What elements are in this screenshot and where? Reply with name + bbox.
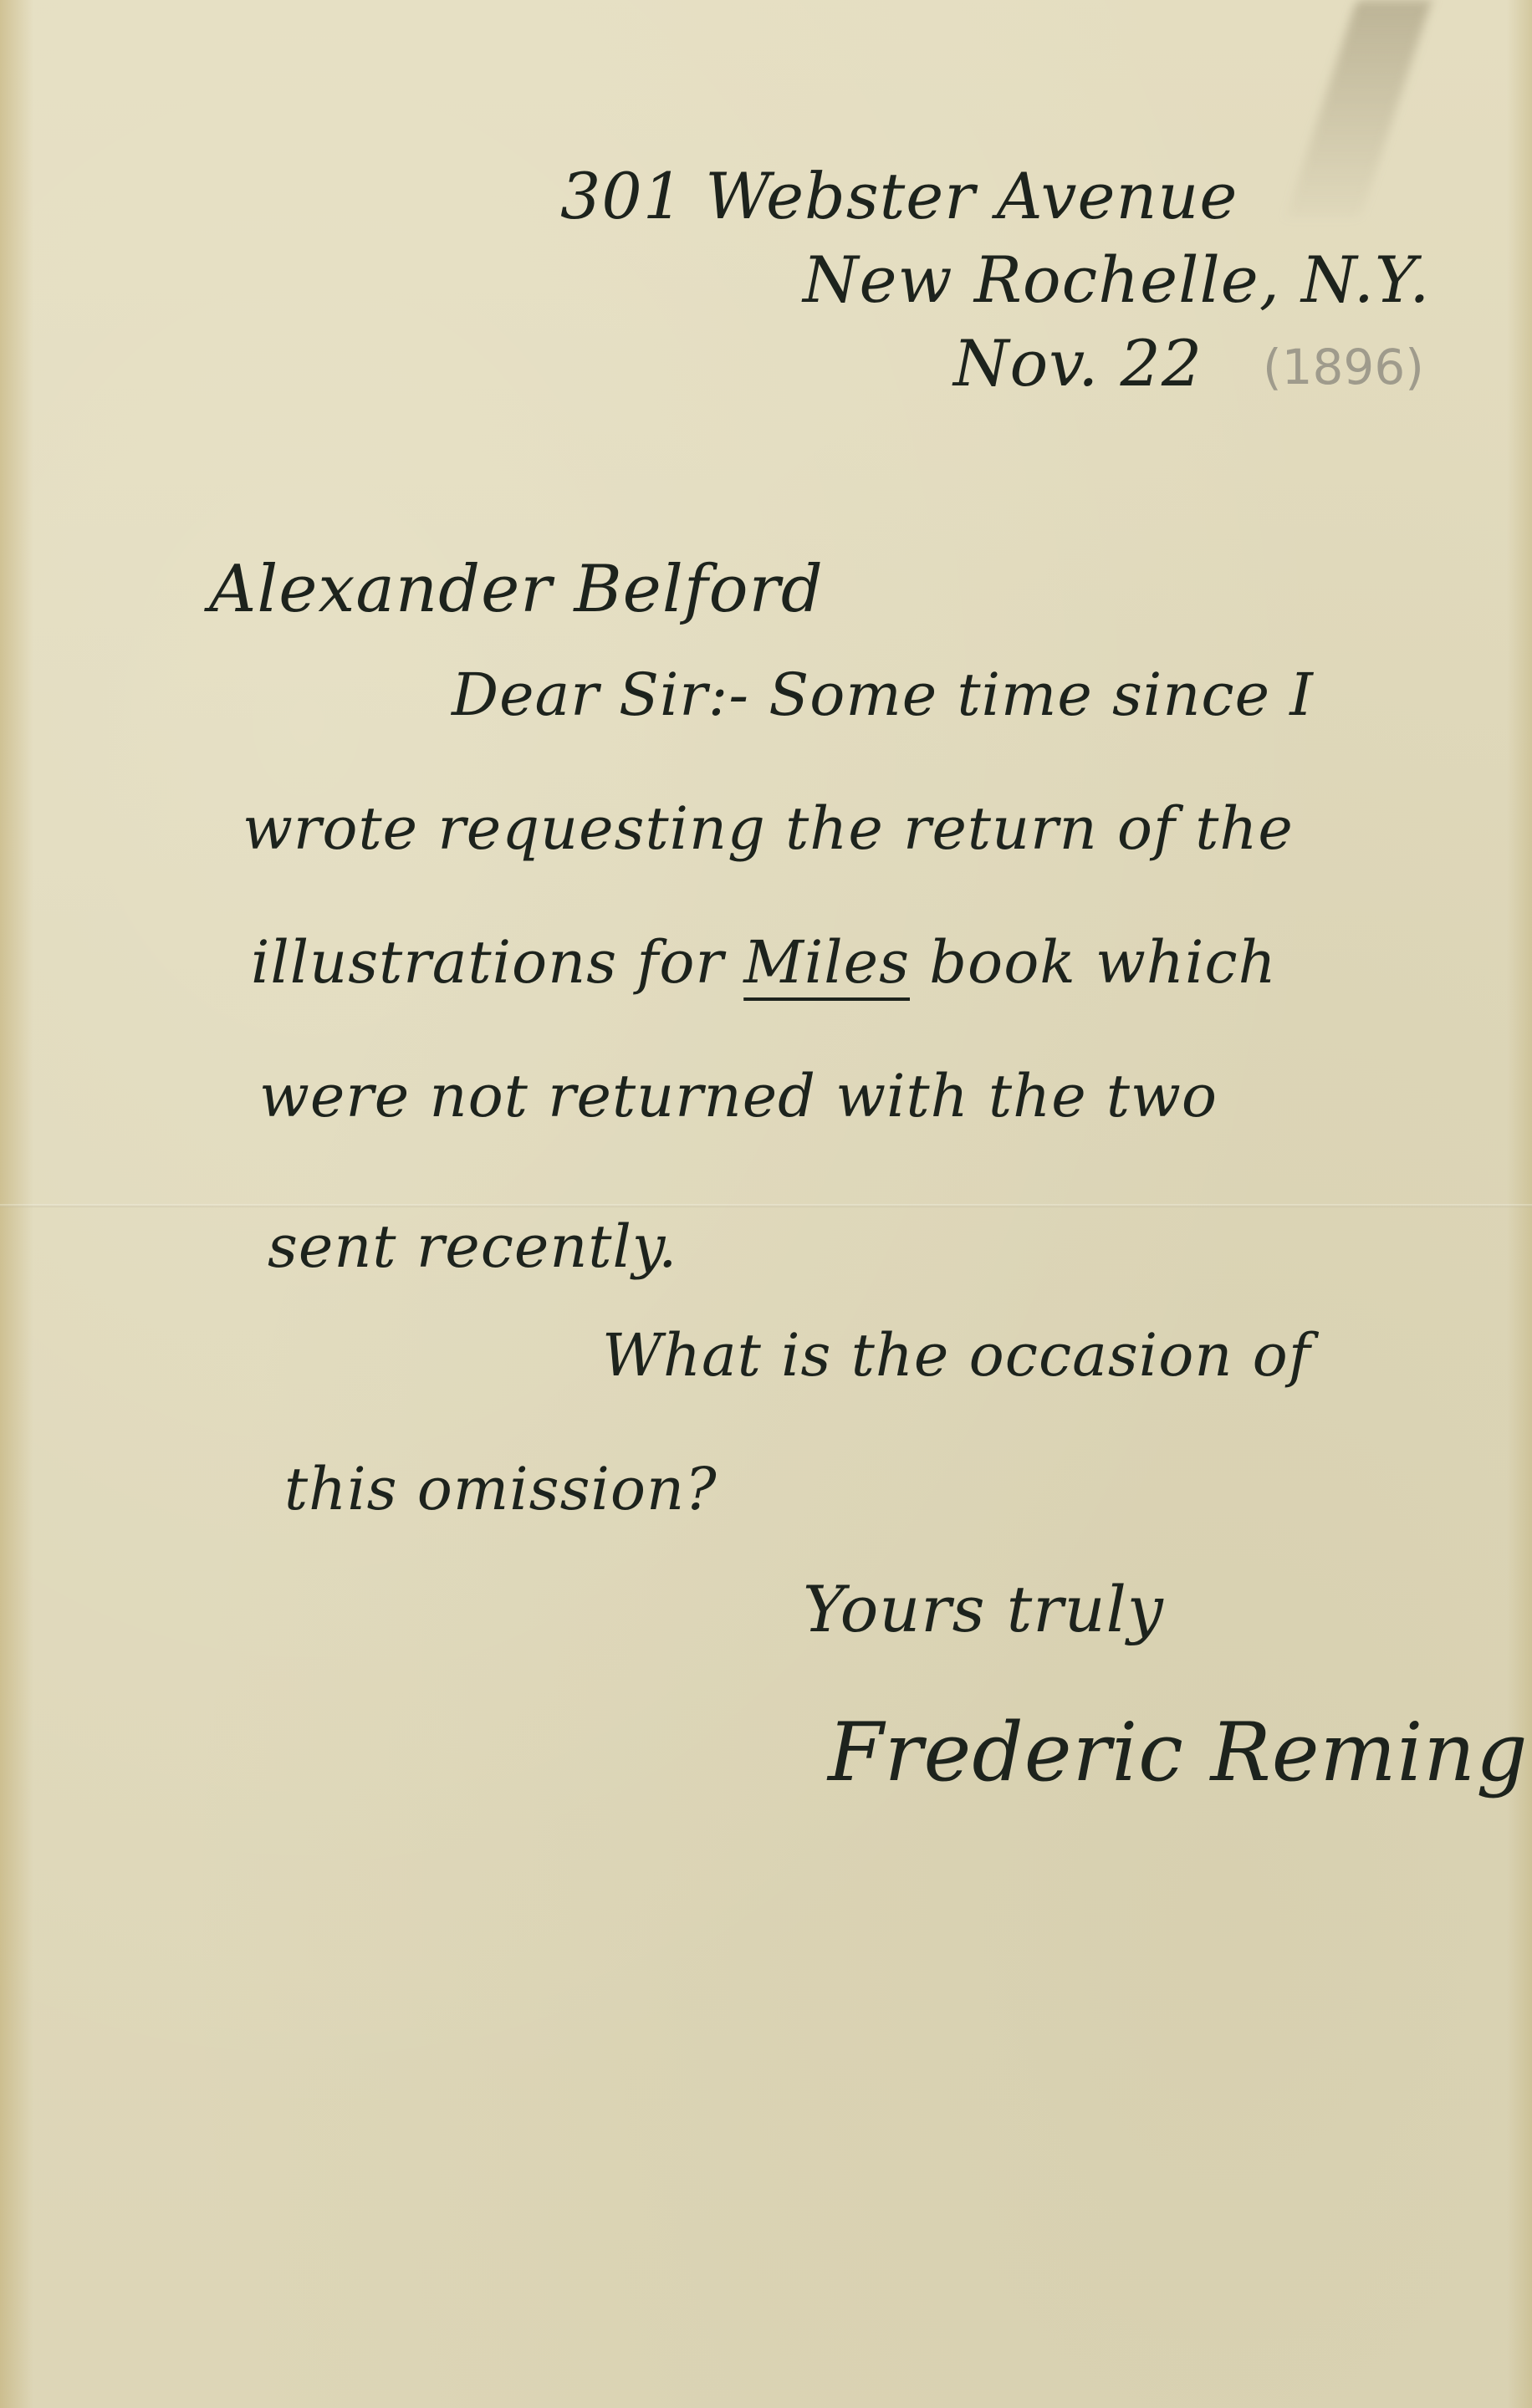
pencil-year-annotation: (1896) bbox=[1263, 339, 1424, 395]
body-line-6: What is the occasion of bbox=[602, 1321, 1311, 1390]
body-line-4: were not returned with the two bbox=[259, 1062, 1218, 1130]
body-text: book which bbox=[910, 928, 1277, 997]
underlined-title: Miles bbox=[743, 928, 910, 997]
body-line-1: Dear Sir:- Some time since I bbox=[452, 661, 1314, 729]
letter-page: 301 Webster Avenue New Rochelle, N.Y. No… bbox=[0, 0, 1532, 2408]
signature: Frederic Remington bbox=[828, 1706, 1532, 1799]
recipient-name: Alexander Belford bbox=[209, 552, 824, 627]
address-street: 301 Webster Avenue bbox=[560, 159, 1238, 233]
body-line-3: illustrations for Miles book which bbox=[251, 928, 1277, 997]
closing: Yours truly bbox=[803, 1572, 1164, 1646]
body-text: illustrations for bbox=[251, 928, 743, 997]
body-line-2: wrote requesting the return of the bbox=[243, 794, 1294, 863]
paper-stain bbox=[1286, 0, 1432, 217]
body-line-7: this omission? bbox=[284, 1455, 717, 1523]
address-city: New Rochelle, N.Y. bbox=[803, 242, 1430, 317]
letter-date: Nov. 22 bbox=[953, 326, 1203, 400]
body-line-5: sent recently. bbox=[268, 1212, 677, 1281]
paper-fold-line bbox=[0, 1204, 1532, 1207]
